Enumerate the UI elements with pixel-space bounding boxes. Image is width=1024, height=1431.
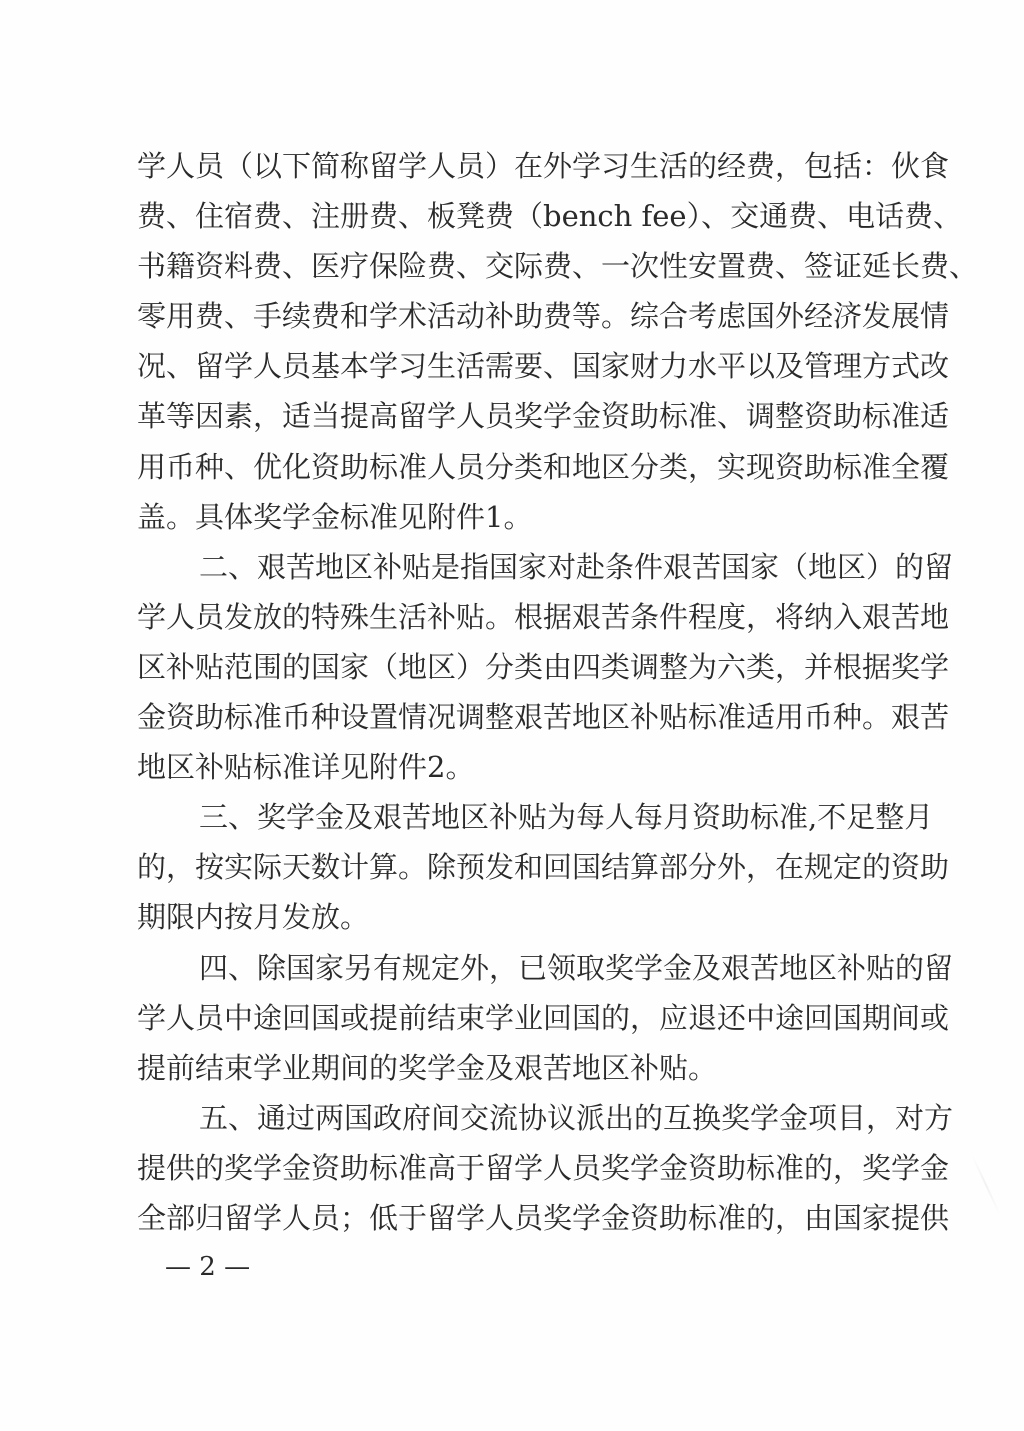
text-line: 革等因素，适当提高留学人员奖学金资助标准、调整资助标准适 bbox=[137, 391, 889, 441]
page-number: — 2 — bbox=[165, 1250, 250, 1284]
text-line: 地区补贴标准详见附件2。 bbox=[137, 742, 889, 792]
text-line: 提供的奖学金资助标准高于留学人员奖学金资助标准的，奖学金 bbox=[137, 1143, 889, 1193]
text-line: 的，按实际天数计算。除预发和回国结算部分外，在规定的资助 bbox=[137, 842, 889, 892]
text-line: 学人员发放的特殊生活补贴。根据艰苦条件程度，将纳入艰苦地 bbox=[137, 592, 889, 642]
text-line: 况、留学人员基本学习生活需要、国家财力水平以及管理方式改 bbox=[137, 341, 889, 391]
text-line: 金资助标准币种设置情况调整艰苦地区补贴标准适用币种。艰苦 bbox=[137, 692, 889, 742]
text-line: 用币种、优化资助标准人员分类和地区分类，实现资助标准全覆 bbox=[137, 442, 889, 492]
text-line: 盖。具体奖学金标准见附件1。 bbox=[137, 492, 889, 542]
paragraph-1: 学人员（以下简称留学人员）在外学习生活的经费，包括：伙食 费、住宿费、注册费、板… bbox=[137, 141, 889, 542]
paragraph-2: 二、艰苦地区补贴是指国家对赴条件艰苦国家（地区）的留 学人员发放的特殊生活补贴。… bbox=[137, 542, 889, 792]
document-body: 学人员（以下简称留学人员）在外学习生活的经费，包括：伙食 费、住宿费、注册费、板… bbox=[137, 141, 889, 1243]
text-line: 零用费、手续费和学术活动补助费等。综合考虑国外经济发展情 bbox=[137, 291, 889, 341]
text-line: 四、除国家另有规定外，已领取奖学金及艰苦地区补贴的留 bbox=[137, 943, 889, 993]
text-line: 学人员中途回国或提前结束学业回国的，应退还中途回国期间或 bbox=[137, 993, 889, 1043]
text-line: 提前结束学业期间的奖学金及艰苦地区补贴。 bbox=[137, 1043, 889, 1093]
text-line: 书籍资料费、医疗保险费、交际费、一次性安置费、签证延长费、 bbox=[137, 241, 889, 291]
paragraph-4: 四、除国家另有规定外，已领取奖学金及艰苦地区补贴的留 学人员中途回国或提前结束学… bbox=[137, 943, 889, 1093]
text-line: 五、通过两国政府间交流协议派出的互换奖学金项目，对方 bbox=[137, 1093, 889, 1143]
text-line: 期限内按月发放。 bbox=[137, 892, 889, 942]
document-page: 学人员（以下简称留学人员）在外学习生活的经费，包括：伙食 费、住宿费、注册费、板… bbox=[0, 0, 1024, 1431]
text-line: 全部归留学人员；低于留学人员奖学金资助标准的，由国家提供 bbox=[137, 1193, 889, 1243]
text-line: 二、艰苦地区补贴是指国家对赴条件艰苦国家（地区）的留 bbox=[137, 542, 889, 592]
text-line: 费、住宿费、注册费、板凳费（bench fee）、交通费、电话费、 bbox=[137, 191, 889, 241]
paragraph-3: 三、奖学金及艰苦地区补贴为每人每月资助标准,不足整月 的，按实际天数计算。除预发… bbox=[137, 792, 889, 942]
text-line: 学人员（以下简称留学人员）在外学习生活的经费，包括：伙食 bbox=[137, 141, 889, 191]
paragraph-5: 五、通过两国政府间交流协议派出的互换奖学金项目，对方 提供的奖学金资助标准高于留… bbox=[137, 1093, 889, 1243]
text-line: 区补贴范围的国家（地区）分类由四类调整为六类，并根据奖学 bbox=[137, 642, 889, 692]
scan-artifact bbox=[970, 1153, 1001, 1217]
text-line: 三、奖学金及艰苦地区补贴为每人每月资助标准,不足整月 bbox=[137, 792, 889, 842]
